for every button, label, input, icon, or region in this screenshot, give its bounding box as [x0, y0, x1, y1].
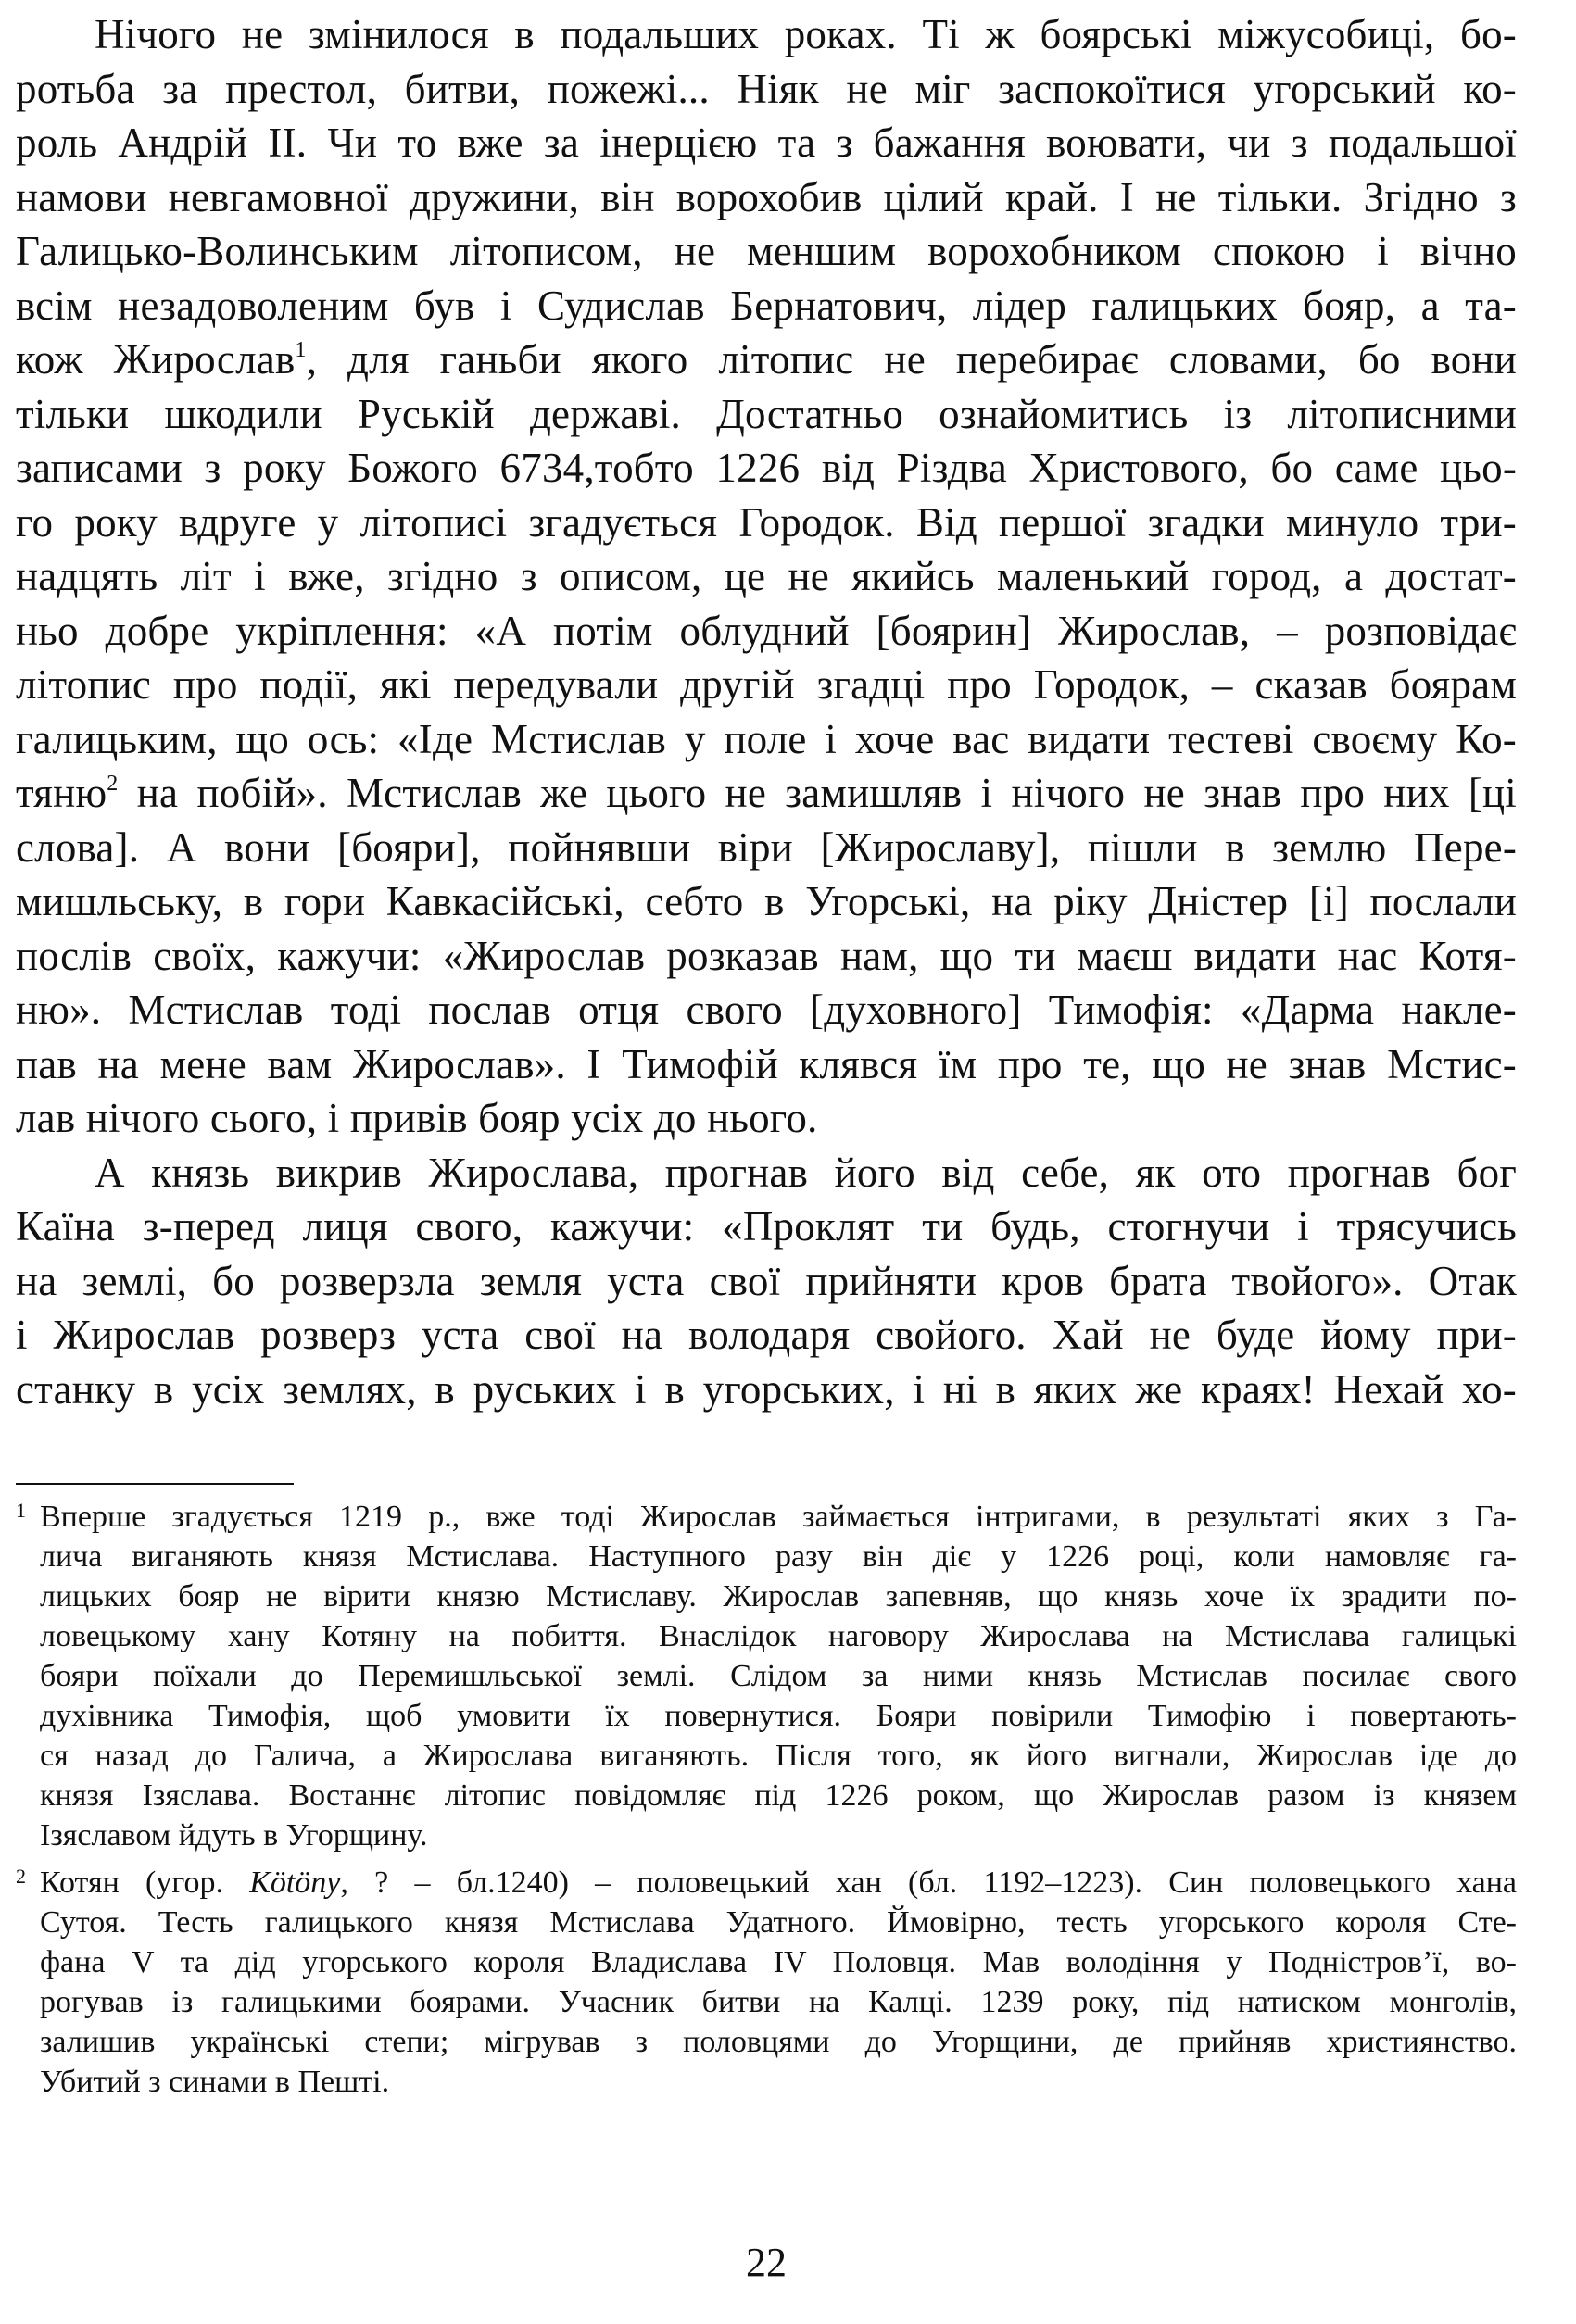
text-line: літопис про події, які передували другій…: [16, 658, 1517, 712]
text-line: слова]. А вони [бояри], пойнявши віри [Ж…: [16, 821, 1517, 875]
text-line: лав нічого сього, і привів бояр усіх до …: [16, 1091, 1517, 1146]
text-fragment: на побій». Мстислав же цього не замишляв…: [118, 770, 1517, 816]
text-fragment: , для ганьби якого літопис не перебирає …: [307, 336, 1517, 383]
footnote-reference-2[interactable]: 2: [107, 772, 118, 796]
footnote-line: бояри поїхали до Перемишльської землі. С…: [40, 1656, 1517, 1696]
text-line: на землі, бо розверзла земля уста свої п…: [16, 1254, 1517, 1309]
footnote-2: 2 Котян (угор. Kötöny, ? – бл.1240) – по…: [16, 1863, 1517, 2102]
text-fragment: , ? – бл.1240) – половецький хан (бл. 11…: [340, 1865, 1517, 1900]
text-line: і Жирослав розверз уста свої на володаря…: [16, 1308, 1517, 1363]
text-line: намови невгамовної дружини, він ворохоби…: [16, 170, 1517, 225]
footnote-line: духівника Тимофія, щоб умовити їх поверн…: [40, 1696, 1517, 1736]
text-line: ньо добре укріплення: «А потім облудний …: [16, 604, 1517, 659]
text-fragment: тяню: [16, 770, 107, 816]
text-line: ротьба за престол, битви, пожежі... Ніяк…: [16, 62, 1517, 117]
footnote-line: рогував із галицькими боярами. Учасник б…: [40, 1982, 1517, 2022]
footnote-line: фана V та дід угорського короля Владисла…: [40, 1942, 1517, 1982]
footnote-line: залишив українські степи; мігрував з пол…: [40, 2022, 1517, 2062]
text-line: послів своїх, кажучи: «Жирослав розказав…: [16, 929, 1517, 984]
text-line: мишльську, в гори Кавкасійські, себто в …: [16, 874, 1517, 929]
text-line: Галицько-Волинським літописом, не меншим…: [16, 224, 1517, 279]
footnote-reference-1[interactable]: 1: [295, 338, 306, 362]
footnote-number: 2: [16, 1866, 26, 1887]
text-line: ню». Мстислав тоді послав отця свого [ду…: [16, 983, 1517, 1037]
book-page: Нічого не змінилося в подальших роках. Т…: [0, 0, 1576, 2324]
footnote-line: Вперше згадується 1219 р., вже тоді Жиро…: [40, 1497, 1517, 1537]
page-number: 22: [0, 2240, 1532, 2286]
footnote-line: ся назад до Галича, а Жирослава виганяют…: [40, 1736, 1517, 1776]
footnote-line: Сутоя. Тесть галицького князя Мстислава …: [40, 1903, 1517, 1942]
main-text: Нічого не змінилося в подальших роках. Т…: [16, 7, 1517, 1416]
text-line: галицьким, що ось: «Іде Мстислав у поле …: [16, 712, 1517, 767]
text-line: Нічого не змінилося в подальших роках. Т…: [16, 7, 1517, 62]
text-line: пав на мене вам Жирослав». І Тимофій кля…: [16, 1037, 1517, 1092]
text-line: записами з року Божого 6734,тобто 1226 в…: [16, 441, 1517, 496]
text-line: станку в усіх землях, в руських і в угор…: [16, 1363, 1517, 1417]
italic-term: Kötöny: [249, 1865, 340, 1900]
footnote-line: лича виганяють князя Мстислава. Наступно…: [40, 1537, 1517, 1577]
footnote-line: ловецькому хану Котяну на побиття. Внасл…: [40, 1616, 1517, 1656]
text-line: всім незадоволеним був і Судислав Бернат…: [16, 279, 1517, 333]
footnote-line: лицьких бояр не вірити князю Мстиславу. …: [40, 1577, 1517, 1616]
footnotes: 1 Вперше згадується 1219 р., вже тоді Жи…: [16, 1497, 1517, 2102]
text-fragment: Котян (угор.: [40, 1865, 249, 1900]
footnote-line: Убитий з синами в Пешті.: [40, 2062, 1517, 2102]
text-fragment: кож Жирослав: [16, 336, 295, 383]
footnote-line: Ізяславом йдуть в Угорщину.: [40, 1815, 1517, 1855]
footnote-1: 1 Вперше згадується 1219 р., вже тоді Жи…: [16, 1497, 1517, 1855]
text-line: надцять літ і вже, згідно з описом, це н…: [16, 549, 1517, 604]
text-line: тяню2 на побій». Мстислав же цього не за…: [16, 766, 1517, 821]
text-line: роль Андрій II. Чи то вже за інерцією та…: [16, 116, 1517, 170]
text-line: Каїна з-перед лиця свого, кажучи: «Прокл…: [16, 1200, 1517, 1254]
text-line: тільки шкодили Руській державі. Достатнь…: [16, 387, 1517, 442]
footnote-line: князя Ізяслава. Востаннє літопис повідом…: [40, 1776, 1517, 1815]
footnote-separator: [16, 1483, 294, 1485]
footnote-number: 1: [16, 1501, 26, 1521]
text-line: кож Жирослав1, для ганьби якого літопис …: [16, 333, 1517, 387]
text-line: А князь викрив Жирослава, прогнав його в…: [16, 1146, 1517, 1200]
text-line: го року вдруге у літописі згадується Гор…: [16, 496, 1517, 550]
footnote-line: Котян (угор. Kötöny, ? – бл.1240) – поло…: [40, 1863, 1517, 1903]
